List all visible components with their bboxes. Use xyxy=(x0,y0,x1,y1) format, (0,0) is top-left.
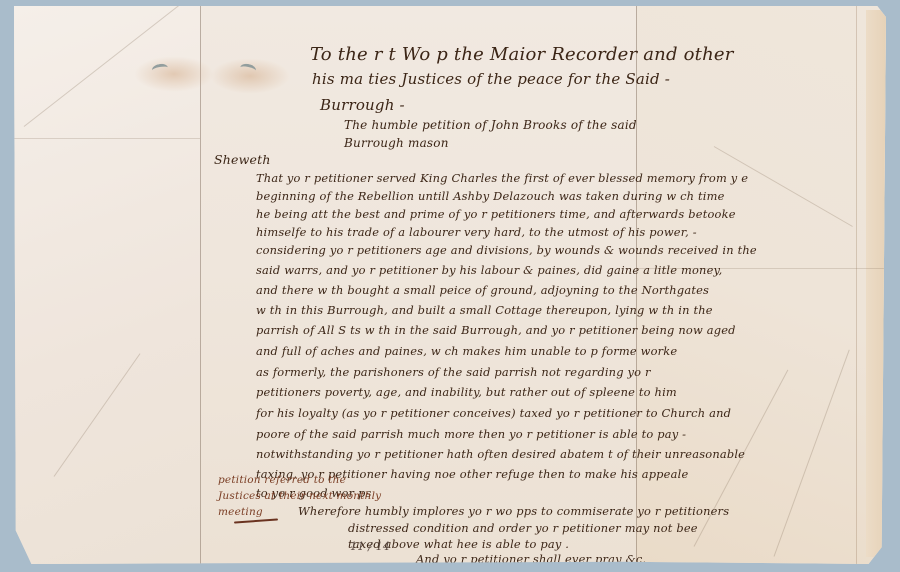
petitioner-line-1: The humble petition of John Brooks of th… xyxy=(344,118,637,132)
prayer-closing: And yo r petitioner shall ever pray &c. xyxy=(416,552,646,566)
body-line: considering yo r petitioners age and div… xyxy=(256,243,757,257)
salutation: Sheweth xyxy=(214,152,271,167)
vertical-fold-line-edge xyxy=(856,6,857,564)
body-line: notwithstanding yo r petitioner hath oft… xyxy=(256,447,745,461)
margin-note-line-3: meeting xyxy=(218,506,263,518)
prayer-line-1: Wherefore humbly implores yo r wo pps to… xyxy=(298,504,729,518)
margin-note-line-1: petition referred to the xyxy=(218,474,346,486)
body-line: parrish of All S ts w th in the said Bur… xyxy=(256,323,736,337)
body-line: beginning of the Rebellion untill Ashby … xyxy=(256,189,725,203)
body-line: and full of aches and paines, w ch makes… xyxy=(256,344,677,358)
margin-note-line-2: Justices at their next monthly xyxy=(218,490,381,502)
margin-underline-stroke xyxy=(234,518,278,523)
body-line: w th in this Burrough, and built a small… xyxy=(256,303,713,317)
folio-number: 11 / 14 xyxy=(350,540,390,553)
manuscript-sheet: To the r t Wo p the Maior Recorder and o… xyxy=(14,6,886,564)
address-line-2: his ma ties Justices of the peace for th… xyxy=(312,70,670,88)
torn-right-edge xyxy=(866,10,886,557)
vertical-fold-line-left xyxy=(200,6,201,564)
address-line-1: To the r t Wo p the Maior Recorder and o… xyxy=(310,44,734,65)
body-line: petitioners poverty, age, and inability,… xyxy=(256,385,677,399)
body-line: himselfe to his trade of a labourer very… xyxy=(256,225,697,239)
horizontal-fold-line xyxy=(14,138,200,139)
body-line: for his loyalty (as yo r petitioner conc… xyxy=(256,406,731,420)
body-line: as formerly, the parishoners of the said… xyxy=(256,365,651,379)
body-line: and there w th bought a small peice of g… xyxy=(256,283,709,297)
body-line: That yo r petitioner served King Charles… xyxy=(256,171,748,185)
body-line: said warrs, and yo r petitioner by his l… xyxy=(256,263,722,277)
seal-stain xyxy=(134,56,214,92)
address-line-3: Burrough - xyxy=(320,96,405,114)
petitioner-line-2: Burrough mason xyxy=(344,136,449,150)
prayer-line-2: distressed condition and order yo r peti… xyxy=(348,521,698,535)
body-line: he being att the best and prime of yo r … xyxy=(256,207,736,221)
body-line: poore of the said parrish much more then… xyxy=(256,427,686,441)
